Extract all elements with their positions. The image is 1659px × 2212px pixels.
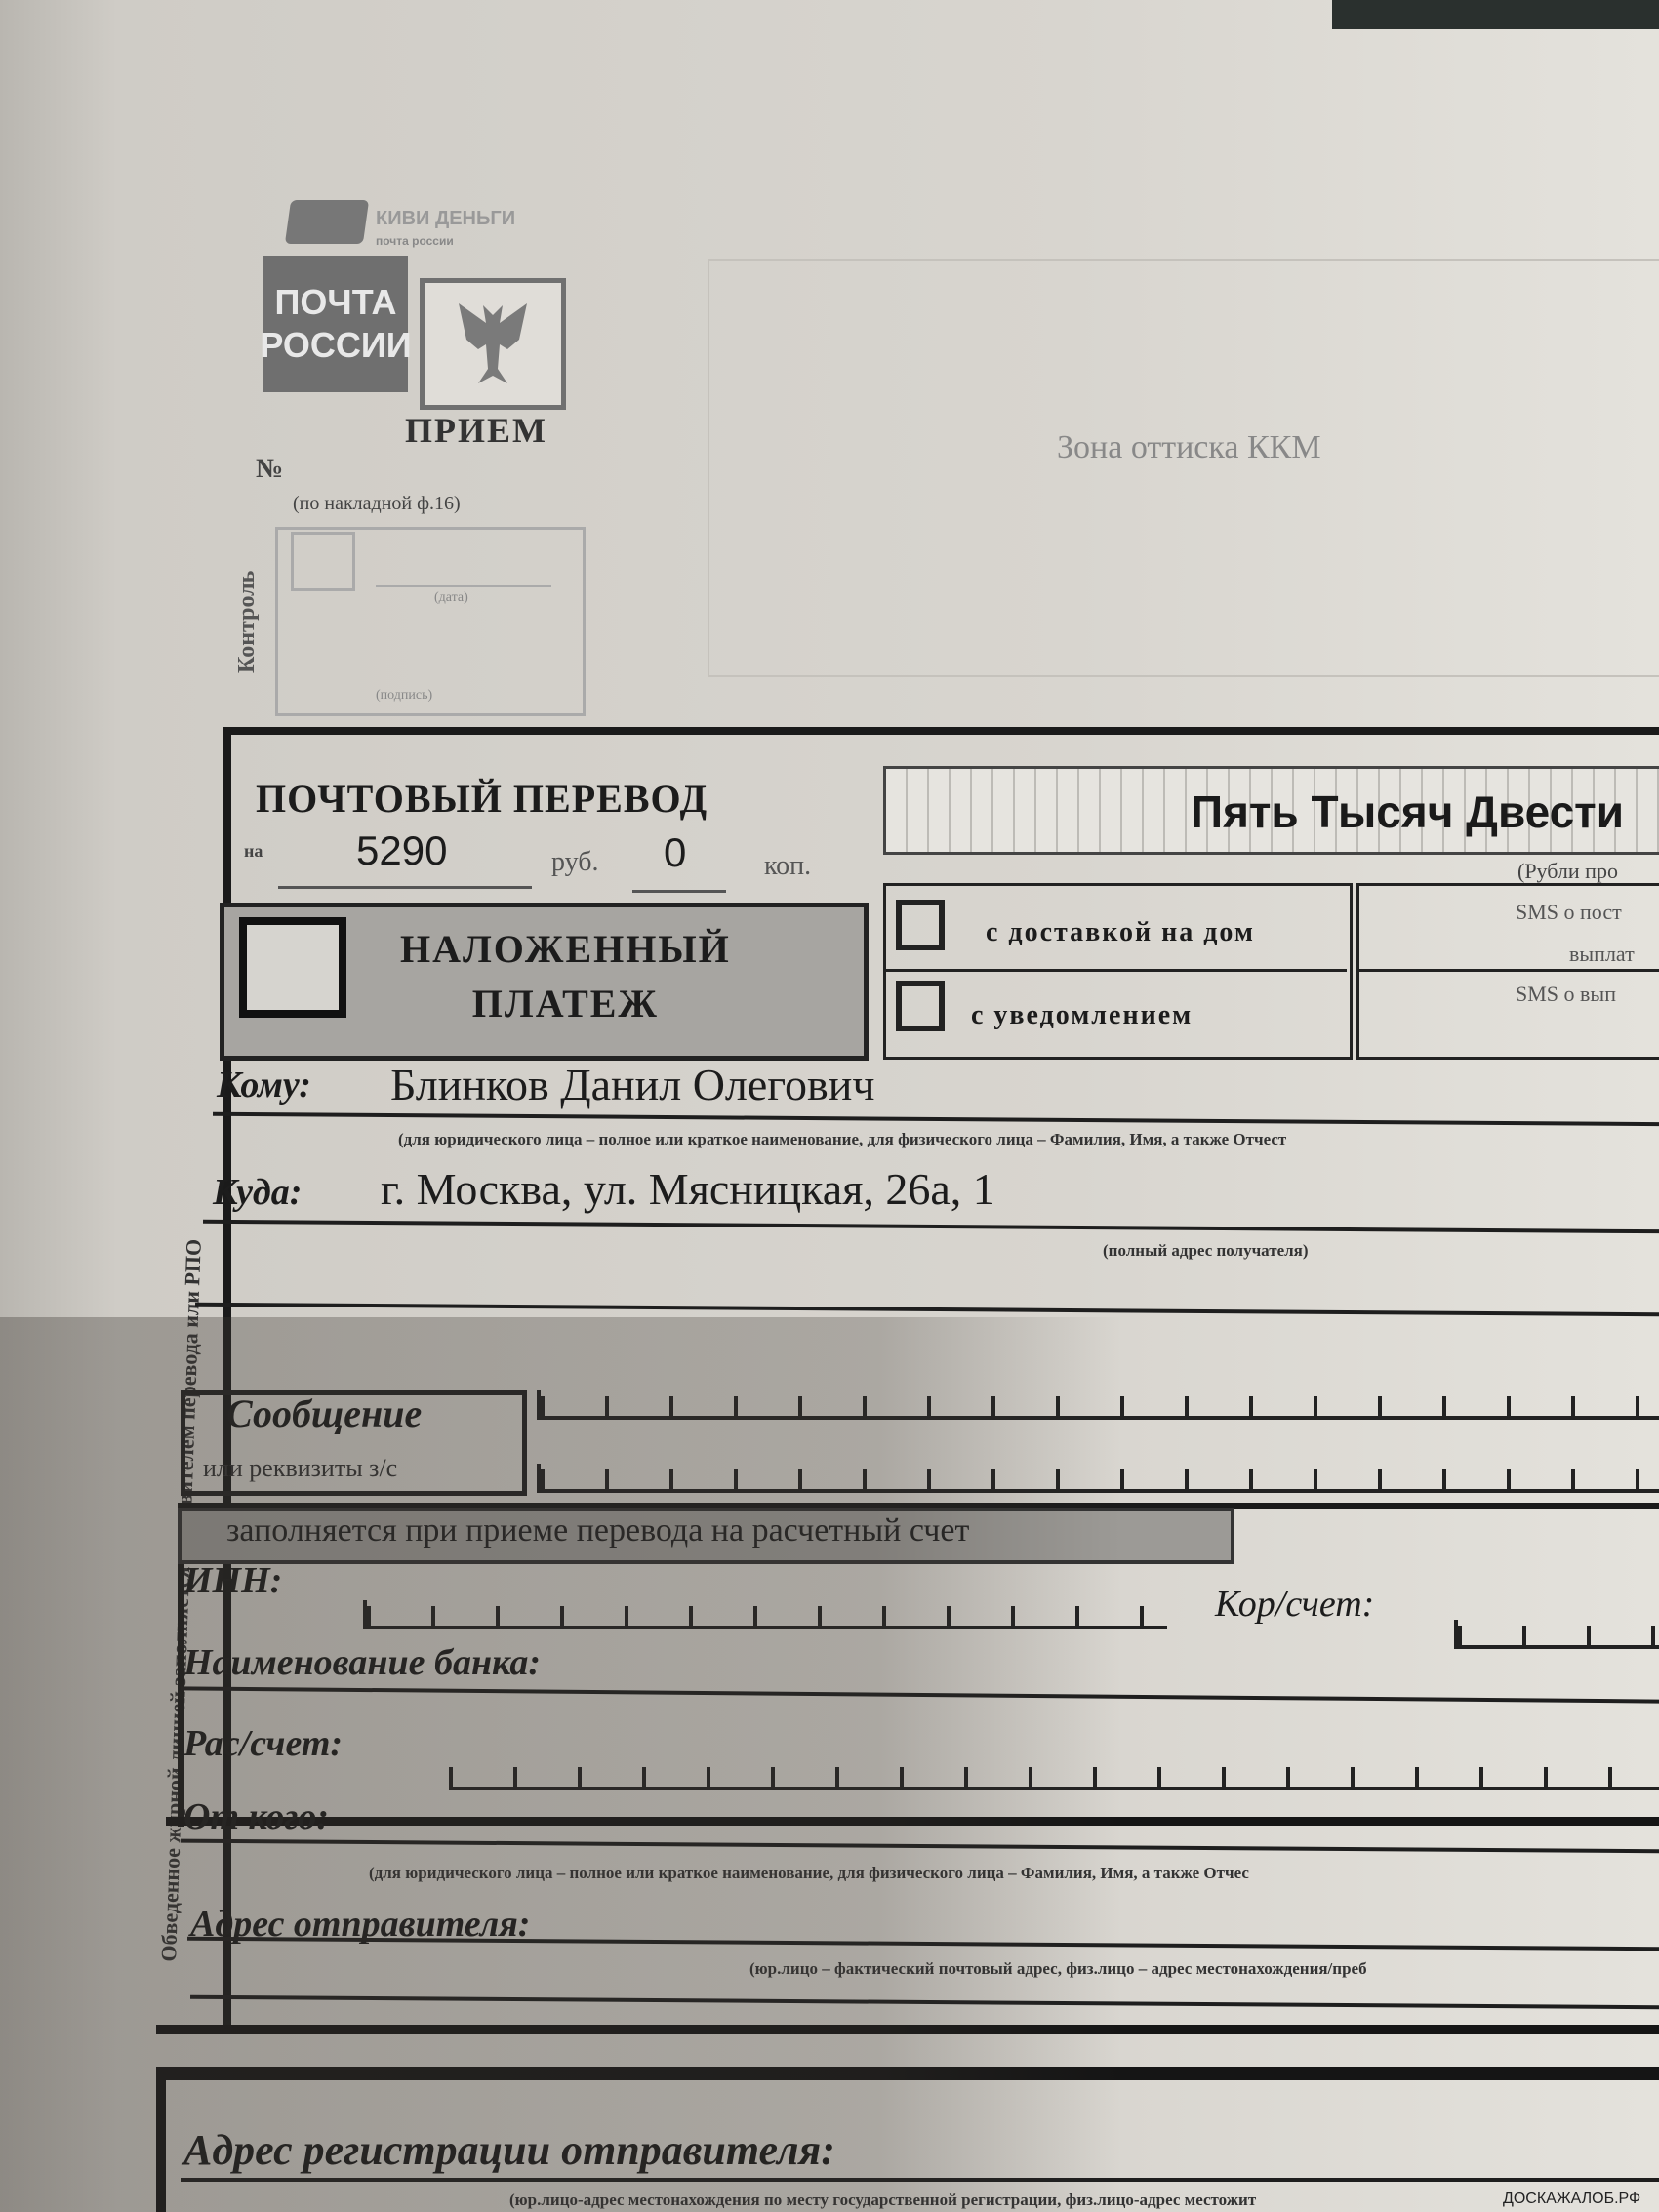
inn-label: ИНН:	[183, 1559, 282, 1602]
message-field-1[interactable]	[537, 1390, 1659, 1420]
amount-rubles[interactable]: 5290	[356, 827, 447, 874]
double-headed-eagle-icon	[420, 278, 566, 410]
control-checkbox[interactable]	[291, 532, 355, 591]
date-line	[376, 585, 551, 587]
kopecks-line	[632, 890, 726, 893]
where-hint: (полный адрес получателя)	[1103, 1241, 1309, 1261]
account-label: Рас/счет:	[183, 1722, 343, 1765]
sender-address-hint: (юр.лицо – фактический почтовый адрес, ф…	[749, 1959, 1367, 1979]
sms-divider	[1356, 969, 1659, 972]
kiwi-wallet-icon	[285, 200, 369, 244]
priem-label: ПРИЕМ	[405, 410, 547, 451]
cash-on-delivery-checkbox[interactable]	[239, 917, 346, 1018]
watermark: ДОСКАЖАЛОБ.РФ	[1503, 2191, 1640, 2208]
amount-words-caption: (Рубли про	[1517, 859, 1618, 884]
control-label: Контроль	[234, 571, 261, 673]
reg-address-hint: (юр.лицо-адрес местонахождения по месту …	[509, 2191, 1256, 2210]
amount-words: Пять Тысяч Двести	[1191, 785, 1624, 838]
home-delivery-checkbox[interactable]	[896, 900, 945, 950]
sms-option-1-line2: выплат	[1569, 942, 1635, 967]
cod-line-2: ПЛАТЕЖ	[400, 977, 731, 1031]
form-title: ПОЧТОВЫЙ ПЕРЕВОД	[256, 776, 708, 822]
message-field-2[interactable]	[537, 1464, 1659, 1493]
bank-block-bottom	[166, 1817, 1659, 1826]
notification-checkbox[interactable]	[896, 981, 945, 1031]
amount-kopecks[interactable]: 0	[664, 829, 686, 876]
sms-option-1-line1[interactable]: SMS о пост	[1516, 900, 1622, 925]
invoice-hint: (по накладной ф.16)	[293, 493, 461, 515]
to-value[interactable]: Блинков Данил Олегович	[390, 1059, 875, 1110]
kkm-zone-label: Зона оттиска ККМ	[1057, 429, 1321, 466]
date-hint: (дата)	[434, 590, 468, 606]
kop-label: коп.	[764, 851, 811, 882]
from-label: От кого:	[183, 1795, 329, 1838]
sms-option-2-line1[interactable]: SMS о вып	[1516, 982, 1616, 1007]
kor-account-field[interactable]	[1454, 1620, 1659, 1649]
logo-line-1: ПОЧТА	[275, 281, 397, 324]
inn-field[interactable]	[363, 1600, 1167, 1629]
bank-name-label: Наименование банка:	[183, 1641, 541, 1684]
number-sign: №	[256, 454, 283, 485]
signature-hint: (подпись)	[376, 688, 432, 704]
reg-section-top	[156, 2067, 1659, 2080]
section-divider	[156, 2025, 1659, 2034]
kiwi-logo-sub: почта россии	[376, 234, 454, 248]
message-sublabel: или реквизиты з/с	[203, 1454, 397, 1483]
logo-line-2: РОССИИ	[260, 324, 411, 367]
on-label: на	[244, 841, 263, 862]
message-label: Сообщение	[226, 1390, 422, 1436]
reg-address-label: Адрес регистрации отправителя:	[183, 2125, 835, 2175]
pochta-rossii-logo: ПОЧТА РОССИИ	[263, 256, 408, 392]
kiwi-logo-text: КИВИ ДЕНЬГИ	[376, 210, 515, 227]
cod-line-1: НАЛОЖЕННЫЙ	[400, 922, 731, 977]
to-hint: (для юридического лица – полное или крат…	[398, 1130, 1286, 1149]
home-delivery-label: с доставкой на дом	[986, 917, 1255, 948]
notification-label: с уведомлением	[971, 1000, 1193, 1031]
to-label: Кому:	[217, 1064, 311, 1106]
reg-address-line[interactable]	[181, 2178, 1659, 2182]
kkm-stamp-zone	[708, 259, 1659, 677]
account-field[interactable]	[449, 1761, 1659, 1790]
kor-account-label: Кор/счет:	[1215, 1583, 1374, 1626]
bank-note: заполняется при приеме перевода на расче…	[226, 1512, 969, 1549]
from-hint: (для юридического лица – полное или крат…	[369, 1864, 1249, 1883]
eagle-svg	[439, 296, 546, 393]
cash-on-delivery-label: НАЛОЖЕННЫЙ ПЛАТЕЖ	[400, 922, 731, 1031]
rubles-line	[278, 886, 532, 889]
reg-section-frame	[156, 2067, 185, 2212]
where-label: Куда:	[213, 1171, 302, 1214]
options-divider	[883, 969, 1347, 972]
where-value[interactable]: г. Москва, ул. Мясницкая, 26а, 1	[381, 1163, 995, 1215]
rub-label: руб.	[551, 847, 599, 878]
background-object	[1332, 0, 1659, 29]
